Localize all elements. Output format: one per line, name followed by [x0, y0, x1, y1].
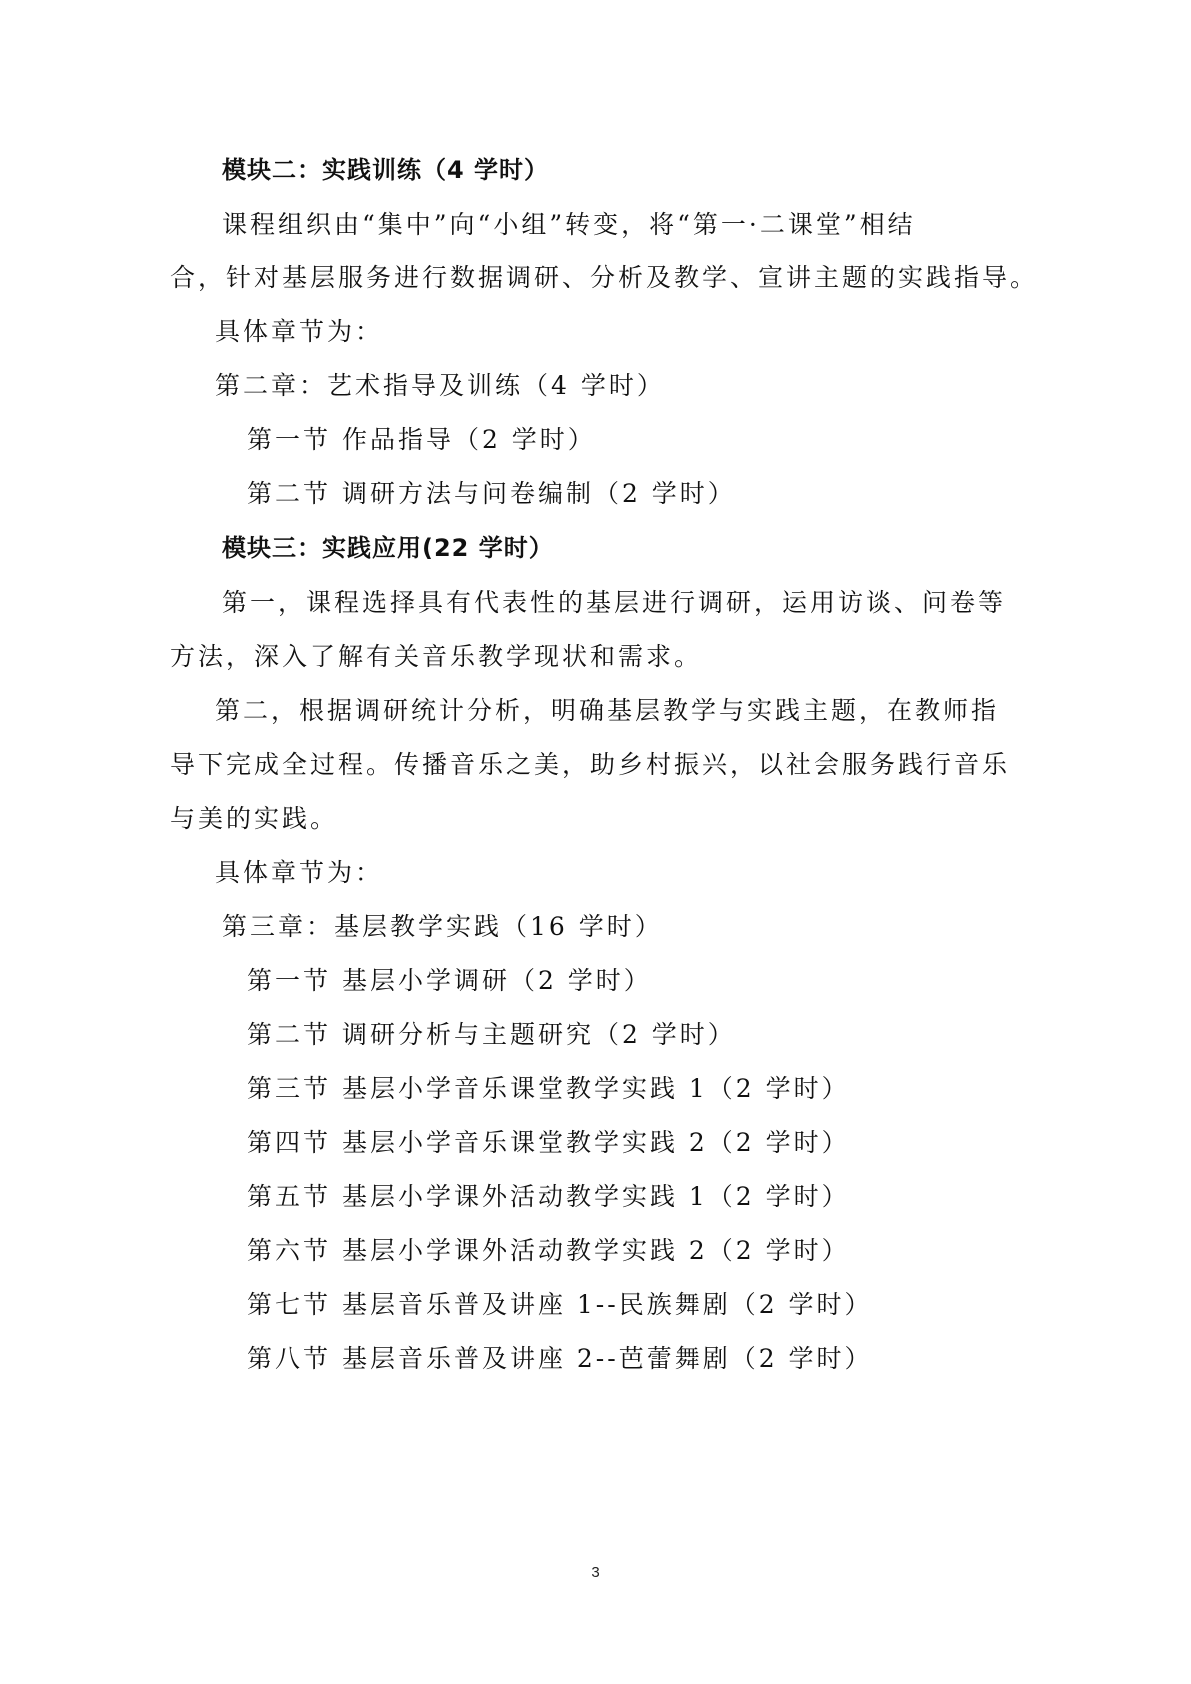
chapter-3-title: 第三章：基层教学实践（16 学时） — [222, 912, 663, 942]
module-2-paragraph-line-1: 课程组织由“集中”向“小组”转变，将“第一·二课堂”相结 — [222, 210, 916, 240]
chapter-3-section-4: 第四节 基层小学音乐课堂教学实践 2（2 学时） — [247, 1128, 850, 1158]
module-3-para-1-line-1: 第一，课程选择具有代表性的基层进行调研，运用访谈、问卷等 — [222, 588, 1006, 618]
page-number: 3 — [0, 1564, 1191, 1581]
module-3-para-2-line-3: 与美的实践。 — [170, 804, 338, 834]
chapter-3-section-8: 第八节 基层音乐普及讲座 2--芭蕾舞剧（2 学时） — [247, 1344, 873, 1374]
chapter-3-section-6: 第六节 基层小学课外活动教学实践 2（2 学时） — [247, 1236, 850, 1266]
module-3-chapters-intro: 具体章节为： — [215, 858, 383, 888]
chapter-3-section-3: 第三节 基层小学音乐课堂教学实践 1（2 学时） — [247, 1074, 850, 1104]
module-3-heading: 模块三：实践应用(22 学时） — [222, 533, 554, 563]
module-3-para-2-line-1: 第二，根据调研统计分析，明确基层教学与实践主题，在教师指 — [215, 696, 999, 726]
chapter-3-section-1: 第一节 基层小学调研（2 学时） — [247, 966, 652, 996]
chapter-2-section-1: 第一节 作品指导（2 学时） — [247, 425, 596, 455]
chapter-2-title: 第二章：艺术指导及训练（4 学时） — [215, 371, 665, 401]
module-3-para-1-line-2: 方法，深入了解有关音乐教学现状和需求。 — [170, 642, 702, 672]
module-2-paragraph-line-2: 合，针对基层服务进行数据调研、分析及教学、宣讲主题的实践指导。 — [170, 263, 1038, 293]
chapter-3-section-7: 第七节 基层音乐普及讲座 1--民族舞剧（2 学时） — [247, 1290, 873, 1320]
chapter-3-section-2: 第二节 调研分析与主题研究（2 学时） — [247, 1020, 736, 1050]
chapter-3-section-5: 第五节 基层小学课外活动教学实践 1（2 学时） — [247, 1182, 850, 1212]
document-page: 模块二：实践训练（4 学时） 课程组织由“集中”向“小组”转变，将“第一·二课堂… — [0, 0, 1191, 1684]
module-3-para-2-line-2: 导下完成全过程。传播音乐之美，助乡村振兴，以社会服务践行音乐 — [170, 750, 1010, 780]
chapter-2-section-2: 第二节 调研方法与问卷编制（2 学时） — [247, 479, 736, 509]
module-2-chapters-intro: 具体章节为： — [215, 317, 383, 347]
module-2-heading: 模块二：实践训练（4 学时） — [222, 155, 549, 185]
